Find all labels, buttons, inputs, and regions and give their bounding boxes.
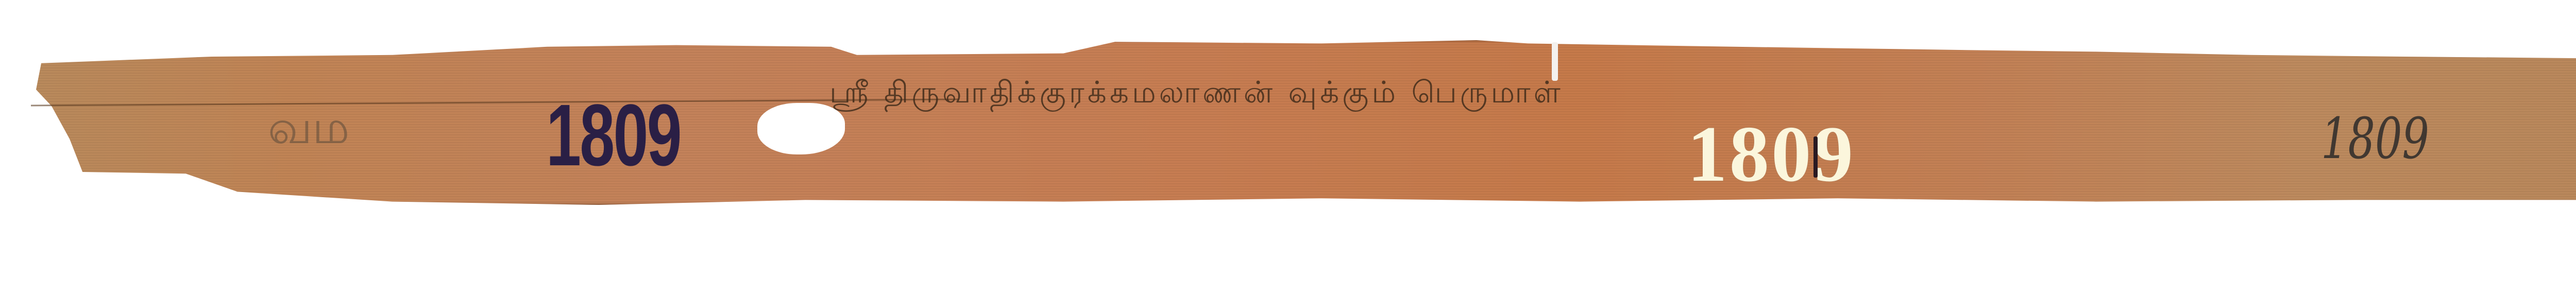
- tamil-script-line: ஸ்ரீ திருவாதிக்குரக்கமலாணன் வுக்கும் பெர…: [829, 75, 1551, 114]
- palm-leaf: [31, 40, 2576, 205]
- marker-catalog-number: 1809: [546, 85, 681, 186]
- painted-catalog-number: 1809: [1687, 108, 1855, 200]
- ink-tick-mark: [1814, 136, 1818, 178]
- pencil-annotation: வம: [268, 100, 350, 161]
- pen-catalog-number: 1809: [2321, 106, 2429, 171]
